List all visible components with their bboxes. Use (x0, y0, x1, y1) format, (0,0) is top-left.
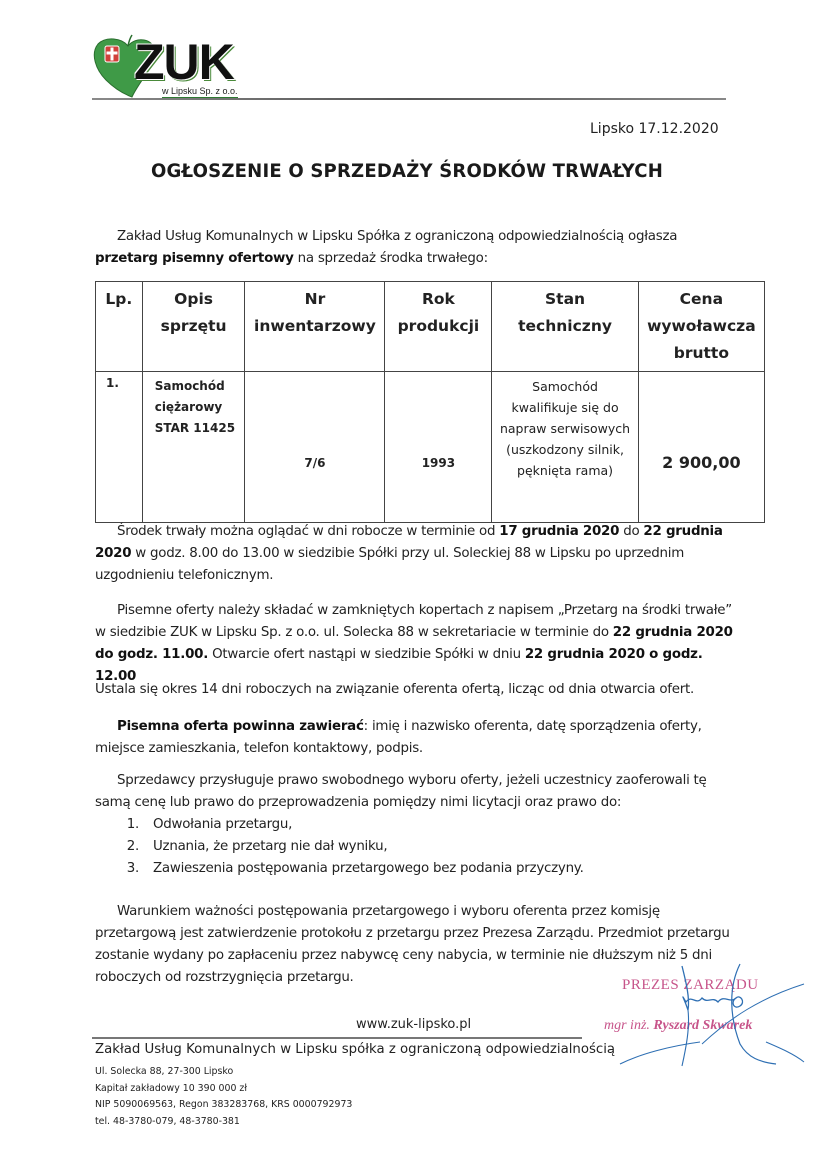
offer-contents-paragraph: Pisemna oferta powinna zawierać: imię i … (95, 716, 735, 760)
col-lp: Lp. (96, 282, 143, 372)
footer-registry: NIP 5090069563, Regon 383283768, KRS 000… (95, 1097, 352, 1114)
footer-capital: Kapitał zakładowy 10 390 000 zł (95, 1081, 352, 1098)
logo-subtitle: w Lipsku Sp. z o.o. (162, 86, 238, 98)
handwritten-signature-icon (590, 958, 814, 1068)
list-item: Uznania, że przetarg nie dał wyniku, (143, 836, 735, 858)
place-date: Lipsko 17.12.2020 (590, 121, 719, 137)
table-row: 1. Samochód ciężarowy STAR 11425 7/6 199… (96, 372, 765, 523)
seller-rights-paragraph: Sprzedawcy przysługuje prawo swobodnego … (95, 770, 735, 814)
table-header-row: Lp. Opis sprzętu Nr inwentarzowy Rok pro… (96, 282, 765, 372)
logo-text: ZUK (134, 36, 234, 88)
col-year: Rok produkcji (385, 282, 492, 372)
website-link[interactable]: www.zuk-lipsko.pl (356, 1017, 471, 1032)
crest-icon (105, 46, 119, 62)
cell-condition: Samochód kwalifikuje się do napraw serwi… (492, 372, 638, 523)
header-divider (92, 98, 726, 100)
col-price: Cena wywoławcza brutto (638, 282, 764, 372)
footer-details: Ul. Solecka 88, 27-300 Lipsko Kapitał za… (95, 1064, 352, 1130)
col-inventory: Nr inwentarzowy (245, 282, 385, 372)
list-item: Odwołania przetargu, (143, 814, 735, 836)
col-description: Opis sprzętu (142, 282, 245, 372)
cell-lp: 1. (96, 372, 143, 523)
offers-paragraph: Pisemne oferty należy składać w zamknięt… (95, 600, 735, 688)
cell-year: 1993 (385, 372, 492, 523)
intro-paragraph: Zakład Usług Komunalnych w Lipsku Spółka… (95, 226, 735, 270)
seller-rights-list: Odwołania przetargu, Uznania, że przetar… (95, 814, 735, 880)
col-condition: Stan techniczny (492, 282, 638, 372)
assets-table: Lp. Opis sprzętu Nr inwentarzowy Rok pro… (95, 281, 765, 523)
cell-description: Samochód ciężarowy STAR 11425 (142, 372, 245, 523)
cell-price: 2 900,00 (638, 372, 764, 523)
footer-divider (92, 1037, 582, 1039)
viewing-paragraph: Środek trwały można oglądać w dni robocz… (95, 521, 735, 587)
binding-period-paragraph: Ustala się okres 14 dni roboczych na zwi… (95, 679, 735, 701)
footer-address: Ul. Solecka 88, 27-300 Lipsko (95, 1064, 352, 1081)
footer-phone: tel. 48-3780-079, 48-3780-381 (95, 1114, 352, 1131)
list-item: Zawieszenia postępowania przetargowego b… (143, 858, 735, 880)
document-title: OGŁOSZENIE O SPRZEDAŻY ŚRODKÓW TRWAŁYCH (20, 160, 793, 182)
company-logo: ZUK w Lipsku Sp. z o.o. (92, 34, 252, 100)
seller-rights-list-wrap: Odwołania przetargu, Uznania, że przetar… (95, 814, 735, 880)
footer-company-name: Zakład Usług Komunalnych w Lipsku spółka… (95, 1042, 615, 1057)
cell-inventory: 7/6 (245, 372, 385, 523)
tender-type: przetarg pisemny ofertowy (95, 251, 294, 266)
